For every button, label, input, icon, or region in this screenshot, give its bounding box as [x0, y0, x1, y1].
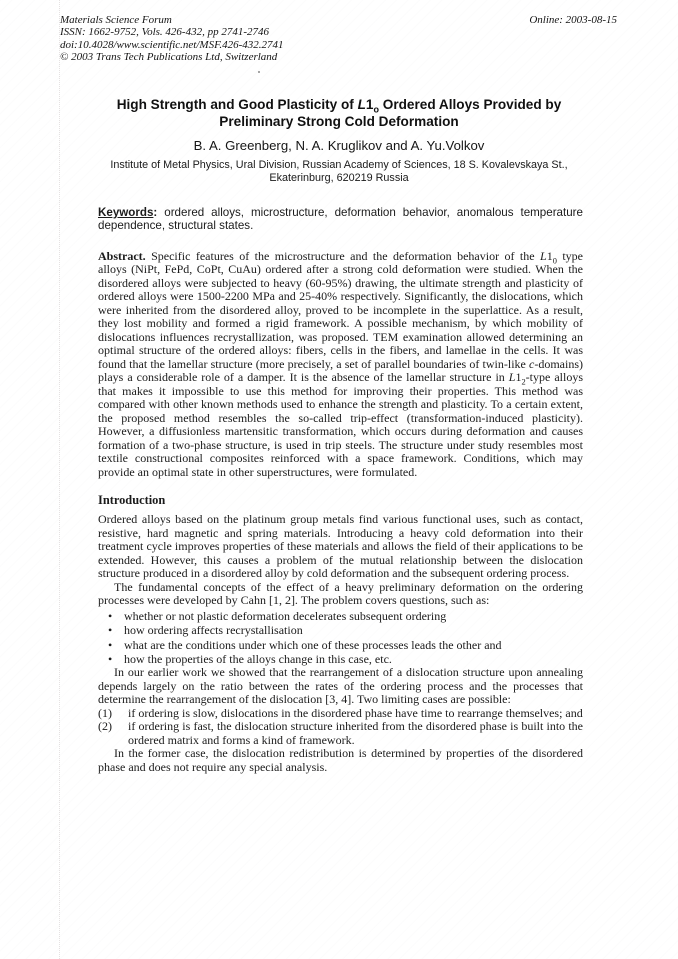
copyright-line: © 2003 Trans Tech Publications Ltd, Swit…: [60, 51, 284, 63]
list-item-text: what are the conditions under which one …: [124, 638, 502, 652]
section-heading-introduction: Introduction: [98, 493, 583, 508]
keywords-text: ordered alloys, microstructure, deformat…: [98, 206, 583, 233]
paper-title: High Strength and Good Plasticity of L1o…: [40, 96, 638, 130]
case-number: (1): [98, 707, 128, 721]
question-list: •whether or not plastic deformation dece…: [98, 609, 583, 667]
list-item: •what are the conditions under which one…: [98, 638, 583, 652]
list-item: •how the properties of the alloys change…: [98, 652, 583, 666]
l1-symbol: L: [358, 97, 366, 112]
intro-paragraph-4: In the former case, the dislocation redi…: [98, 747, 583, 774]
keywords-colon: :: [153, 206, 164, 219]
title-line2: Preliminary Strong Cold Deformation: [219, 114, 458, 129]
list-item: •how ordering affects recrystallisation: [98, 623, 583, 637]
keywords-label: Keywords: [98, 206, 153, 219]
list-item-text: whether or not plastic deformation decel…: [124, 609, 446, 623]
journal-info-block: Materials Science Forum ISSN: 1662-9752,…: [60, 14, 284, 64]
bullet-icon: •: [108, 623, 112, 637]
scan-fold-line: [59, 0, 60, 959]
bullet-icon: •: [108, 609, 112, 623]
online-date: Online: 2003-08-15: [529, 14, 617, 26]
case-text: if ordering is slow, dislocations in the…: [128, 707, 583, 721]
issn-line: ISSN: 1662-9752, Vols. 426-432, pp 2741-…: [60, 26, 284, 38]
authors-line: B. A. Greenberg, N. A. Kruglikov and A. …: [0, 138, 678, 153]
bullet-icon: •: [108, 638, 112, 652]
journal-name: Materials Science Forum: [60, 14, 284, 26]
affiliation: Institute of Metal Physics, Ural Divisio…: [0, 159, 678, 185]
affiliation-line2: Ekaterinburg, 620219 Russia: [269, 172, 408, 184]
bullet-icon: •: [108, 652, 112, 666]
numbered-case-2: (2) if ordering is fast, the dislocation…: [98, 720, 583, 747]
affiliation-line1: Institute of Metal Physics, Ural Divisio…: [110, 159, 567, 171]
case-number: (2): [98, 720, 128, 747]
list-item-text: how the properties of the alloys change …: [124, 652, 392, 666]
intro-paragraph-3: In our earlier work we showed that the r…: [98, 666, 583, 707]
keywords-line: Keywords: ordered alloys, microstructure…: [98, 206, 583, 233]
intro-paragraph-1: Ordered alloys based on the platinum gro…: [98, 513, 583, 581]
paper-page: Materials Science Forum ISSN: 1662-9752,…: [0, 0, 678, 959]
journal-header: Materials Science Forum ISSN: 1662-9752,…: [0, 0, 678, 64]
scan-speck: [258, 71, 260, 73]
numbered-case-1: (1) if ordering is slow, dislocations in…: [98, 707, 583, 721]
abstract-paragraph: Abstract. Specific features of the micro…: [98, 250, 583, 480]
list-item: •whether or not plastic deformation dece…: [98, 609, 583, 623]
title-line1: High Strength and Good Plasticity of L1o…: [117, 97, 562, 112]
list-item-text: how ordering affects recrystallisation: [124, 623, 303, 637]
intro-paragraph-2: The fundamental concepts of the effect o…: [98, 581, 583, 608]
doi-line: doi:10.4028/www.scientific.net/MSF.426-4…: [60, 39, 284, 51]
case-text: if ordering is fast, the dislocation str…: [128, 720, 583, 747]
body-column: Keywords: ordered alloys, microstructure…: [98, 206, 583, 775]
